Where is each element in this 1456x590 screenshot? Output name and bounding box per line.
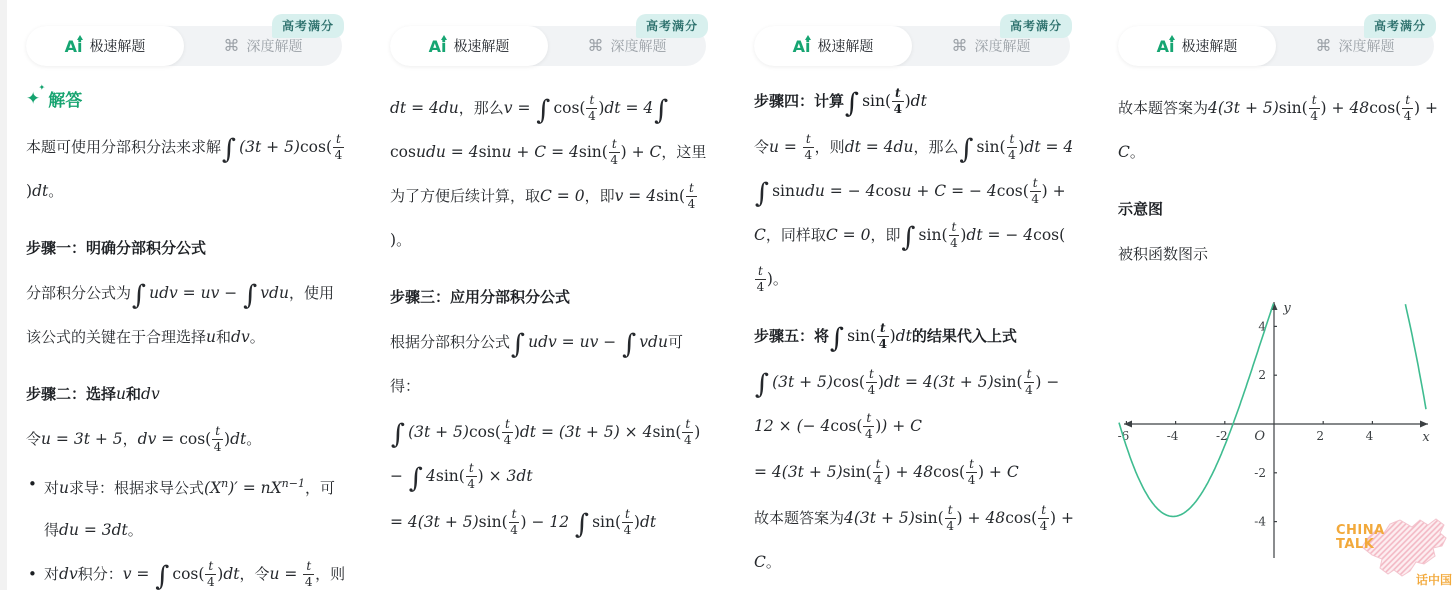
tab-bar-wrap: 高考满分 Ai 极速解题 ⌘ 深度解题 <box>390 26 710 66</box>
solution-paragraph: dt = 4du，那么v = ∫cos(t4)dt = 4∫cosudu = 4… <box>390 86 710 262</box>
integral-sign: ∫ <box>511 331 525 358</box>
panel-3: 高考满分 Ai 极速解题 ⌘ 深度解题 步骤四：计算∫sin(t4)dt令u =… <box>728 0 1092 590</box>
integral-sign: ∫ <box>654 97 668 124</box>
fraction: t4 <box>586 94 597 123</box>
solution-paragraph: 故本题答案为4(3t + 5)sin(t4) + 48cos(t4) + C。 <box>1118 86 1438 174</box>
panel-content: 步骤四：计算∫sin(t4)dt令u = t4，则dt = 4du，那么∫sin… <box>754 86 1074 584</box>
svg-text:2: 2 <box>1316 429 1324 443</box>
solution-paragraph: 本题可使用分部积分法来求解∫(3t + 5)cos(t4)dt。 <box>26 125 346 213</box>
panel-2: 高考满分 Ai 极速解题 ⌘ 深度解题 dt = 4du，那么v = ∫cos(… <box>364 0 728 590</box>
integral-sign: ∫ <box>845 90 859 117</box>
fraction: t4 <box>1007 133 1018 162</box>
panel-content: dt = 4du，那么v = ∫cos(t4)dt = 4∫cosudu = 4… <box>390 86 710 544</box>
fraction: t4 <box>212 425 223 454</box>
solution-paragraph: = 4(3t + 5)sin(t4) − 12 ∫sin(t4)dt <box>390 500 710 544</box>
solution-paragraph: = 4(3t + 5)sin(t4) + 48cos(t4) + C <box>754 450 1074 494</box>
integrand-curve <box>1119 304 1426 517</box>
tab-fast-solve[interactable]: Ai 极速解题 <box>754 26 912 66</box>
exam-full-score-badge: 高考满分 <box>1364 14 1436 38</box>
panel-content: ✦解答本题可使用分部积分法来求解∫(3t + 5)cos(t4)dt。步骤一：明… <box>26 86 346 590</box>
solution-panels-strip: 高考满分 Ai 极速解题 ⌘ 深度解题 ✦解答本题可使用分部积分法来求解∫(3t… <box>0 0 1456 590</box>
solution-paragraph: 令u = 3t + 5，dv = cos(t4)dt。 <box>26 417 346 461</box>
integral-sign: ∫ <box>391 421 405 448</box>
ai-logo-icon: Ai <box>1157 37 1175 56</box>
knot-icon: ⌘ <box>952 38 968 54</box>
fraction: t4 <box>1024 368 1035 397</box>
integral-sign: ∫ <box>536 97 550 124</box>
integral-sign: ∫ <box>575 511 589 538</box>
solution-paragraph: 令u = t4，则dt = 4du，那么∫sin(t4)dt = 4∫sinud… <box>754 125 1074 301</box>
tab-bar-wrap: 高考满分 Ai 极速解题 ⌘ 深度解题 <box>1118 26 1438 66</box>
tab-fast-solve[interactable]: Ai 极速解题 <box>390 26 548 66</box>
svg-text:4: 4 <box>1366 429 1374 443</box>
integral-sign: ∫ <box>409 465 423 492</box>
fraction: t4 <box>892 87 904 116</box>
svg-text:y: y <box>1282 301 1291 316</box>
solution-paragraph: ∫(3t + 5)cos(t4)dt = 4(3t + 5)sin(t4) − … <box>754 360 1074 448</box>
step-heading: 步骤三：应用分部积分公式 <box>390 282 710 312</box>
fraction: t4 <box>333 133 344 162</box>
sparkle-icon: ✦ <box>26 89 40 109</box>
knot-icon: ⌘ <box>1316 38 1332 54</box>
svg-text:-2: -2 <box>1254 466 1266 480</box>
integral-sign: ∫ <box>243 282 257 309</box>
tab-fast-label: 极速解题 <box>89 36 145 56</box>
integral-sign: ∫ <box>901 224 915 251</box>
svg-text:x: x <box>1422 430 1430 445</box>
integral-sign: ∫ <box>132 282 146 309</box>
watermark-cn-text: 话中国 <box>1416 571 1452 588</box>
fraction: t4 <box>966 458 977 487</box>
fraction: t4 <box>509 508 520 537</box>
solution-paragraph: 根据分部积分公式∫udv = uv − ∫vdu可得： <box>390 320 710 408</box>
step-heading: 示意图 <box>1118 194 1438 224</box>
fraction: t4 <box>863 412 874 441</box>
integral-sign: ∫ <box>830 325 844 352</box>
solution-paragraph: 故本题答案为4(3t + 5)sin(t4) + 48cos(t4) + C。 <box>754 496 1074 584</box>
panel-1: 高考满分 Ai 极速解题 ⌘ 深度解题 ✦解答本题可使用分部积分法来求解∫(3t… <box>0 0 364 590</box>
watermark: CHINA TALK 话中国 <box>1334 516 1452 588</box>
fraction: t4 <box>303 560 314 589</box>
integral-sign: ∫ <box>222 136 236 163</box>
fraction: t4 <box>945 504 956 533</box>
svg-text:-4: -4 <box>1167 429 1179 443</box>
svg-text:2: 2 <box>1258 368 1266 382</box>
tab-fast-solve[interactable]: Ai 极速解题 <box>1118 26 1276 66</box>
step-heading: 步骤五：将∫sin(t4)dt的结果代入上式 <box>754 321 1074 352</box>
svg-text:-4: -4 <box>1254 515 1266 529</box>
panel-4: 高考满分 Ai 极速解题 ⌘ 深度解题 故本题答案为4(3t + 5)sin(t… <box>1092 0 1456 590</box>
bullet-item: 对u求导：根据求导公式(Xn)′ = nXn−1，可得du = 3dt。 <box>44 463 346 551</box>
fraction: t4 <box>682 418 693 447</box>
tab-deep-label: 深度解题 <box>611 36 667 56</box>
tab-deep-label: 深度解题 <box>247 36 303 56</box>
fraction: t4 <box>866 368 877 397</box>
answer-heading: ✦解答 <box>26 86 346 111</box>
knot-icon: ⌘ <box>588 38 604 54</box>
fraction: t4 <box>803 133 814 162</box>
solution-paragraph: ∫(3t + 5)cos(t4)dt = (3t + 5) × 4sin(t4)… <box>390 410 710 498</box>
fraction: t4 <box>873 458 884 487</box>
step-heading: 步骤二：选择u和dv <box>26 379 346 409</box>
bullet-item: 对dv积分：v = ∫cos(t4)dt，令u = t4，则 <box>44 553 346 590</box>
solution-paragraph: 分部积分公式为∫udv = uv − ∫vdu，使用该公式的关键在于合理选择u和… <box>26 271 346 359</box>
fraction: t4 <box>1309 94 1320 123</box>
tab-fast-label: 极速解题 <box>817 36 873 56</box>
exam-full-score-badge: 高考满分 <box>272 14 344 38</box>
exam-full-score-badge: 高考满分 <box>636 14 708 38</box>
fraction: t4 <box>466 462 477 491</box>
step-heading: 步骤四：计算∫sin(t4)dt <box>754 86 1074 117</box>
fraction: t4 <box>609 138 620 167</box>
integral-sign: ∫ <box>622 331 636 358</box>
fraction: t4 <box>1030 177 1041 206</box>
fraction: t4 <box>877 322 889 351</box>
solution-paragraph: 被积函数图示 <box>1118 232 1438 276</box>
exam-full-score-badge: 高考满分 <box>1000 14 1072 38</box>
integral-sign: ∫ <box>755 371 769 398</box>
tab-fast-label: 极速解题 <box>1181 36 1237 56</box>
fraction: t4 <box>1038 504 1049 533</box>
step-heading: 步骤一：明确分部积分公式 <box>26 233 346 263</box>
tab-fast-label: 极速解题 <box>453 36 509 56</box>
panel-content: 故本题答案为4(3t + 5)sin(t4) + 48cos(t4) + C。示… <box>1118 86 1438 566</box>
integral-sign: ∫ <box>959 136 973 163</box>
fraction: t4 <box>949 221 960 250</box>
tab-deep-label: 深度解题 <box>975 36 1031 56</box>
ai-logo-icon: Ai <box>429 37 447 56</box>
fraction: t4 <box>502 418 513 447</box>
integral-sign: ∫ <box>155 563 169 590</box>
fraction: t4 <box>622 508 633 537</box>
tab-fast-solve[interactable]: Ai 极速解题 <box>26 26 184 66</box>
fraction: t4 <box>686 182 697 211</box>
tab-bar-wrap: 高考满分 Ai 极速解题 ⌘ 深度解题 <box>26 26 346 66</box>
knot-icon: ⌘ <box>224 38 240 54</box>
integral-sign: ∫ <box>755 180 769 207</box>
watermark-en-text: CHINA TALK <box>1336 524 1385 552</box>
fraction: t4 <box>1402 94 1413 123</box>
fraction: t4 <box>755 265 766 294</box>
tab-deep-label: 深度解题 <box>1339 36 1395 56</box>
ai-logo-icon: Ai <box>65 37 83 56</box>
fraction: t4 <box>205 560 216 589</box>
svg-text:O: O <box>1254 429 1265 444</box>
ai-logo-icon: Ai <box>793 37 811 56</box>
tab-bar-wrap: 高考满分 Ai 极速解题 ⌘ 深度解题 <box>754 26 1074 66</box>
